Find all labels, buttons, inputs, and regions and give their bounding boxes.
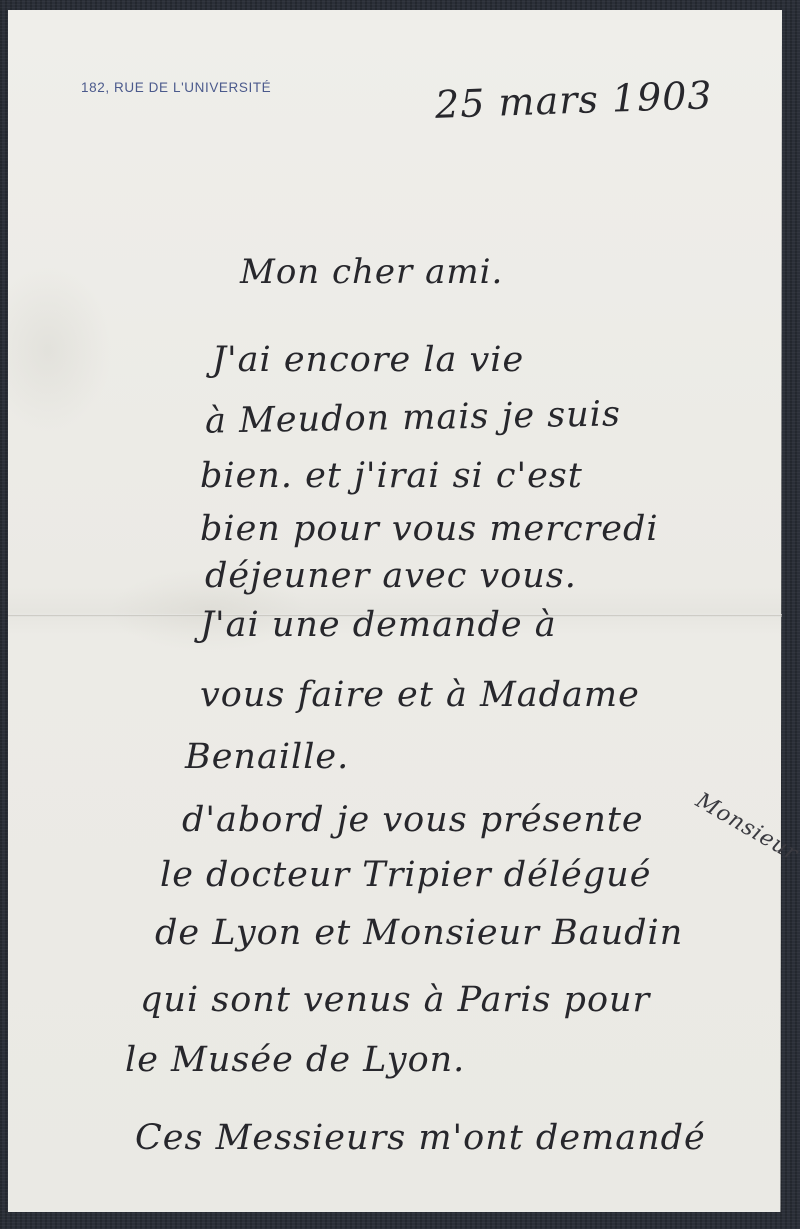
letter-line: le Musée de Lyon.: [125, 1040, 465, 1080]
letterhead-address: 182, RUE DE L'UNIVERSITÉ: [81, 80, 271, 95]
letter-line: bien pour vous mercredi: [200, 509, 659, 549]
letter-line: d'abord je vous présente: [182, 800, 644, 840]
letter-line: vous faire et à Madame: [200, 675, 640, 715]
letter-line: le docteur Tripier délégué: [160, 855, 651, 895]
letter-line: qui sont venus à Paris pour: [140, 980, 650, 1020]
letter-line: Benaille.: [185, 737, 349, 777]
letter-line: J'ai encore la vie: [212, 340, 524, 380]
letter-line: Ces Messieurs m'ont demandé: [135, 1118, 706, 1158]
letter-line: J'ai une demande à: [200, 605, 557, 645]
letter-line: de Lyon et Monsieur Baudin: [155, 913, 683, 953]
letter-line: déjeuner avec vous.: [205, 556, 577, 596]
salutation: Mon cher ami.: [240, 252, 503, 292]
letter-line: à Meudon mais je suis: [205, 394, 622, 441]
letter-line: bien. et j'irai si c'est: [200, 456, 583, 496]
